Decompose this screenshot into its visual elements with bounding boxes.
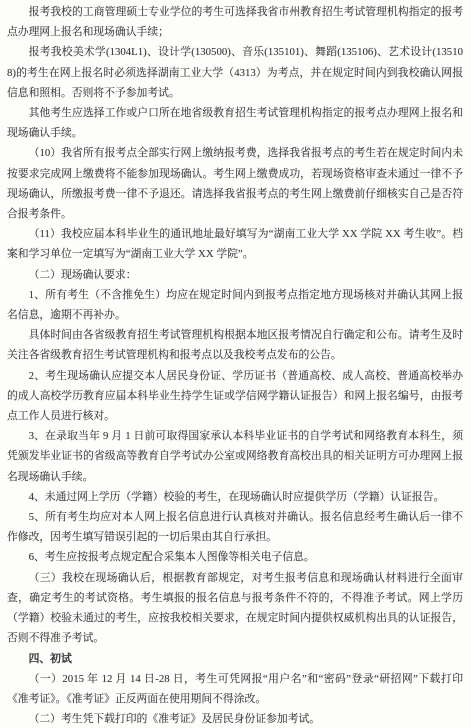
para-item-11-mailing-address: （11）我校应届本科毕业生的通讯地址最好填写为“湖南工业大学 XX 学院 XX … — [7, 224, 463, 264]
para-art-majors-exam-site: 报考我校美术学(1304L1)、设计学(130500)、音乐(135101)、舞… — [7, 42, 463, 103]
para-exam-2-id-required: （二）考生凭下载打印的《准考证》及居民身份证参加考试。 — [7, 709, 463, 728]
para-mba-reporting-point: 报考我校的工商管理硕士专业学位的考生可选择我省市州教育招生考试管理机构指定的报考… — [7, 2, 463, 42]
para-other-candidates: 其他考生应选择工作或户口所在地省级教育招生考试管理机构指定的报考点办理网上报名和… — [7, 103, 463, 143]
para-req-3-self-study-proof: 3、在录取当年 9 月 1 日前可取得国家承认本科毕业证书的自学考试和网络教育本… — [7, 426, 463, 487]
para-onsite-confirmation-requirements: （二）现场确认要求： — [7, 265, 463, 285]
heading-initial-exam: 四、初试 — [7, 649, 463, 669]
para-req-2-documents: 2、考生现场确认应提交本人居民身份证、学历证书（普通高校、成人高校、普通高校举办… — [7, 366, 463, 427]
para-req-5-check-and-confirm: 5、所有考生均应对本人网上报名信息进行认真核对并确认。报名信息经考生确认后一律不… — [7, 507, 463, 547]
para-req-1-specific-time: 具体时间由各省级教育招生考试管理机构根据本地区报考情况自行确定和公布。请考生及时… — [7, 325, 463, 365]
para-req-6-image-collection: 6、考生应按报考点规定配合采集本人图像等相关电子信息。 — [7, 547, 463, 567]
para-req-1-confirm-info: 1、所有考生（不含推免生）均应在规定时间内到报考点指定地方现场核对并确认其网上报… — [7, 285, 463, 325]
document-page: 报考我校的工商管理硕士专业学位的考生可选择我省市州教育招生考试管理机构指定的报考… — [0, 0, 471, 728]
para-exam-1-admission-ticket: （一）2015 年 12 月 14 日-28 日，考生可凭网报“用户名”和“密码… — [7, 669, 463, 709]
para-item-10-online-payment: （10）我省所有报考点全部实行网上缴纳报考费，选择我省报考点的考生若在规定时间内… — [7, 143, 463, 224]
para-section-3-qualification-review: （三）我校在现场确认后，根据教育部规定，对考生报考信息和现场确认材料进行全面审查… — [7, 568, 463, 649]
para-req-4-verification-report: 4、未通过网上学历（学籍）校验的考生，在现场确认时应提供学历（学籍）认证报告。 — [7, 487, 463, 507]
